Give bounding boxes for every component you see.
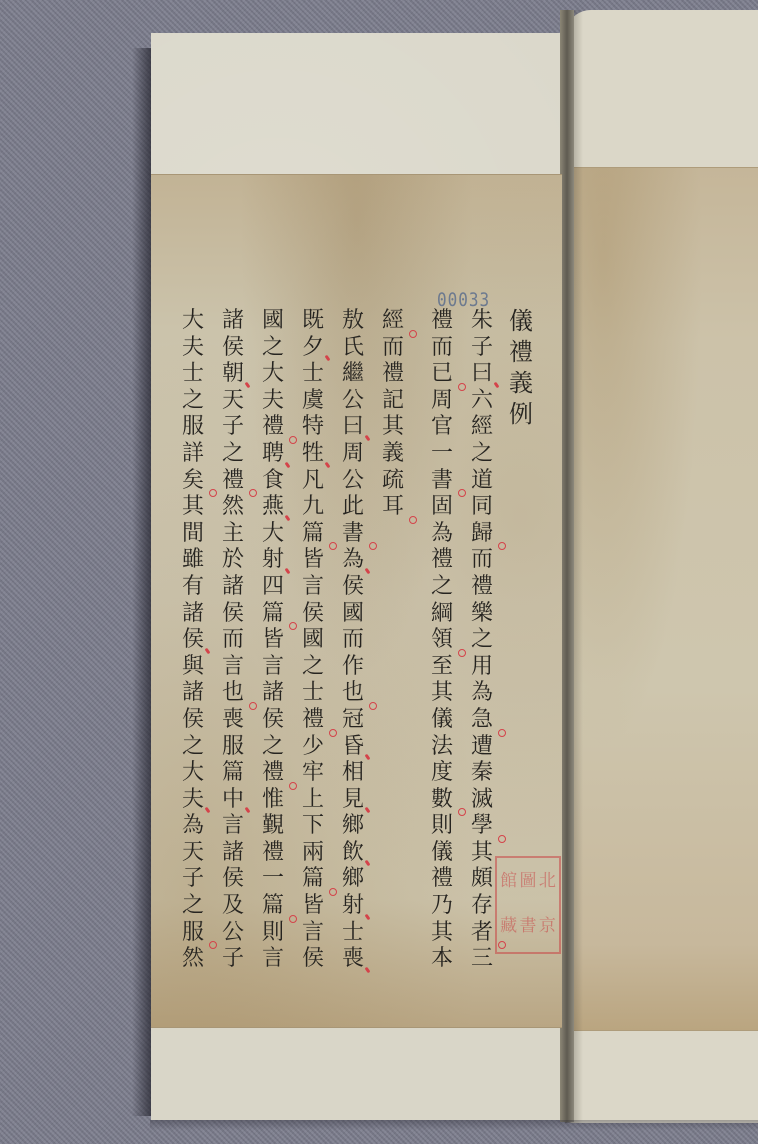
text-character: 書 [338,521,368,548]
text-character: 國 [258,308,288,335]
text-character: 曰 [338,414,368,441]
punctuation-circle-mark [498,729,506,737]
text-character: 三 [467,946,497,973]
text-character: 曰 [467,361,497,388]
text-character: 服 [218,734,248,761]
text-character: 禮 [258,414,288,441]
text-character: 虞 [298,388,328,415]
text-character: 之 [258,734,288,761]
text-character: 乃 [427,893,457,920]
text-character: 子 [218,414,248,441]
title-character: 禮 [506,337,536,368]
text-character: 中 [218,787,248,814]
text-column-7: 諸侯朝天子之禮然主於諸侯而言也喪服篇中言諸侯及公子 [218,308,248,973]
text-character: 諸 [178,680,208,707]
text-character: 國 [338,601,368,628]
text-character: 服 [178,414,208,441]
punctuation-circle-mark [409,516,417,524]
text-character: 其 [378,414,408,441]
punctuation-circle-mark [458,383,466,391]
text-character: 言 [218,813,248,840]
text-character: 士 [178,361,208,388]
text-character: 侯 [218,335,248,362]
text-character: 鄉 [338,813,368,840]
text-character: 夫 [178,787,208,814]
text-character: 禮 [258,760,288,787]
text-character: 綱 [427,601,457,628]
text-character: 數 [427,787,457,814]
text-character: 侯 [178,707,208,734]
text-character: 朝 [218,361,248,388]
text-character: 篇 [298,866,328,893]
bottom-shadow [150,1120,758,1130]
text-character: 篇 [218,760,248,787]
text-character: 言 [258,654,288,681]
right-text-page [565,167,758,1031]
text-character: 此 [338,494,368,521]
text-character: 於 [218,547,248,574]
text-character: 之 [178,734,208,761]
punctuation-circle-mark [458,649,466,657]
text-character: 而 [467,547,497,574]
title-character: 儀 [506,306,536,337]
title-character: 例 [506,399,536,430]
text-character: 其 [467,840,497,867]
text-character: 牲 [298,441,328,468]
text-character: 言 [298,920,328,947]
text-column-5: 既夕士虞特牲凡九篇皆言侯國之士禮少牢上下兩篇皆言侯 [298,308,328,973]
text-character: 士 [338,920,368,947]
text-character: 而 [427,335,457,362]
text-character: 諸 [258,680,288,707]
text-character: 天 [178,840,208,867]
text-character: 相 [338,760,368,787]
seal-character: 館 [500,861,517,904]
text-character: 法 [427,734,457,761]
text-character: 喪 [338,946,368,973]
text-character: 敖 [338,308,368,335]
text-character: 為 [178,813,208,840]
text-character: 惟 [258,787,288,814]
text-character: 九 [298,494,328,521]
text-character: 士 [298,361,328,388]
text-character: 士 [298,680,328,707]
text-character: 則 [427,813,457,840]
text-character: 大 [258,361,288,388]
text-column-1: 朱子曰六經之道同歸而禮樂之用為急遭秦滅學其頗存者三 [467,308,497,973]
text-character: 之 [218,441,248,468]
text-character: 四 [258,574,288,601]
text-character: 冠 [338,707,368,734]
text-character: 射 [338,893,368,920]
text-column-6: 國之大夫禮聘食燕大射四篇皆言諸侯之禮惟覲禮一篇則言 [258,308,288,973]
text-character: 飲 [338,840,368,867]
text-character: 其 [427,680,457,707]
text-character: 雖 [178,547,208,574]
text-character: 皆 [298,893,328,920]
text-character: 鄉 [338,866,368,893]
text-character: 而 [378,335,408,362]
punctuation-circle-mark [249,702,257,710]
text-character: 經 [467,414,497,441]
punctuation-circle-mark [289,782,297,790]
punctuation-circle-mark [409,330,417,338]
text-character: 固 [427,494,457,521]
text-character: 燕 [258,494,288,521]
text-character: 周 [338,441,368,468]
text-character: 子 [218,946,248,973]
text-character: 禮 [467,574,497,601]
text-character: 道 [467,468,497,495]
text-character: 六 [467,388,497,415]
seal-character: 藏 [500,906,517,949]
text-character: 書 [427,468,457,495]
text-column-8: 大夫士之服詳矣其間雖有諸侯與諸侯之大夫為天子之服然 [178,308,208,973]
text-character: 記 [378,388,408,415]
text-character: 義 [378,441,408,468]
text-character: 夫 [178,335,208,362]
text-character: 夫 [258,388,288,415]
text-character: 禮 [298,707,328,734]
text-character: 聘 [258,441,288,468]
text-character: 儀 [427,840,457,867]
text-character: 侯 [298,946,328,973]
text-character: 存 [467,893,497,920]
text-character: 子 [178,866,208,893]
text-column-4: 敖氏繼公曰周公此書為侯國而作也冠昏相見鄉飲鄉射士喪 [338,308,368,973]
punctuation-circle-mark [329,729,337,737]
text-character: 也 [218,680,248,707]
text-character: 為 [338,547,368,574]
text-character: 射 [258,547,288,574]
text-column-2: 禮而已周官一書固為禮之綱領至其儀法度數則儀禮乃其本 [427,308,457,973]
punctuation-circle-mark [289,436,297,444]
text-character: 夕 [298,335,328,362]
text-character: 特 [298,414,328,441]
text-character: 諸 [218,308,248,335]
text-character: 繼 [338,361,368,388]
text-character: 侯 [258,707,288,734]
text-character: 周 [427,388,457,415]
text-character: 主 [218,521,248,548]
text-character: 之 [178,893,208,920]
text-character: 為 [467,680,497,707]
text-character: 侯 [218,601,248,628]
text-character: 侯 [338,574,368,601]
text-character: 上 [298,787,328,814]
text-character: 少 [298,734,328,761]
text-character: 有 [178,574,208,601]
text-character: 為 [427,521,457,548]
text-character: 諸 [178,601,208,628]
text-character: 之 [178,388,208,415]
text-character: 見 [338,787,368,814]
text-character: 耳 [378,494,408,521]
text-character: 歸 [467,521,497,548]
text-character: 篇 [258,893,288,920]
text-character: 矣 [178,468,208,495]
text-character: 頗 [467,866,497,893]
text-character: 學 [467,813,497,840]
punctuation-circle-mark [329,888,337,896]
text-character: 而 [218,627,248,654]
text-character: 天 [218,388,248,415]
text-character: 而 [338,627,368,654]
text-character: 篇 [258,601,288,628]
text-character: 子 [467,335,497,362]
punctuation-circle-mark [369,702,377,710]
text-character: 諸 [218,574,248,601]
seal-character: 書 [519,906,536,949]
text-character: 度 [427,760,457,787]
text-character: 國 [298,627,328,654]
page-gutter [560,10,574,1122]
text-character: 喪 [218,707,248,734]
text-character: 下 [298,813,328,840]
text-character: 凡 [298,468,328,495]
text-character: 至 [427,654,457,681]
text-character: 用 [467,654,497,681]
text-character: 禮 [427,547,457,574]
text-character: 之 [258,335,288,362]
text-character: 侯 [298,601,328,628]
text-character: 大 [258,521,288,548]
text-character: 然 [178,946,208,973]
text-character: 已 [427,361,457,388]
text-character: 一 [427,441,457,468]
text-character: 言 [298,574,328,601]
text-character: 同 [467,494,497,521]
text-character: 與 [178,654,208,681]
text-character: 秦 [467,760,497,787]
text-character: 昏 [338,734,368,761]
text-character: 官 [427,414,457,441]
text-character: 禮 [218,468,248,495]
text-character: 領 [427,627,457,654]
text-character: 之 [467,441,497,468]
text-character: 作 [338,654,368,681]
document-title: 儀禮義例 [506,306,536,430]
seal-character: 京 [539,906,556,949]
seal-character: 圖 [519,861,536,904]
text-character: 公 [338,388,368,415]
text-character: 篇 [298,521,328,548]
text-character: 覲 [258,813,288,840]
text-character: 諸 [218,840,248,867]
text-character: 之 [427,574,457,601]
seal-character: 北 [539,861,556,904]
text-character: 及 [218,893,248,920]
text-character: 大 [178,760,208,787]
text-character: 侯 [218,866,248,893]
text-character: 也 [338,680,368,707]
text-character: 既 [298,308,328,335]
text-character: 公 [218,920,248,947]
text-character: 侯 [178,627,208,654]
punctuation-circle-mark [289,915,297,923]
text-character: 者 [467,920,497,947]
text-character: 食 [258,468,288,495]
text-character: 朱 [467,308,497,335]
text-character: 兩 [298,840,328,867]
text-character: 詳 [178,441,208,468]
text-character: 言 [218,654,248,681]
text-character: 間 [178,521,208,548]
text-character: 禮 [427,866,457,893]
text-character: 氏 [338,335,368,362]
text-character: 言 [258,946,288,973]
text-character: 服 [178,920,208,947]
text-character: 遭 [467,734,497,761]
text-character: 之 [467,627,497,654]
text-character: 經 [378,308,408,335]
text-character: 滅 [467,787,497,814]
text-character: 然 [218,494,248,521]
title-character: 義 [506,368,536,399]
punctuation-circle-mark [498,835,506,843]
text-character: 之 [298,654,328,681]
text-column-3: 經而禮記其義疏耳 [378,308,408,521]
text-character: 其 [427,920,457,947]
text-character: 禮 [258,840,288,867]
text-character: 急 [467,707,497,734]
text-character: 則 [258,920,288,947]
text-character: 禮 [427,308,457,335]
text-character: 牢 [298,760,328,787]
text-character: 皆 [258,627,288,654]
text-character: 疏 [378,468,408,495]
text-character: 禮 [378,361,408,388]
text-character: 本 [427,946,457,973]
text-character: 其 [178,494,208,521]
text-character: 公 [338,468,368,495]
library-seal: 館圖北藏書京 [495,856,561,954]
text-character: 皆 [298,547,328,574]
text-character: 一 [258,866,288,893]
text-character: 儀 [427,707,457,734]
text-character: 樂 [467,601,497,628]
text-character: 大 [178,308,208,335]
